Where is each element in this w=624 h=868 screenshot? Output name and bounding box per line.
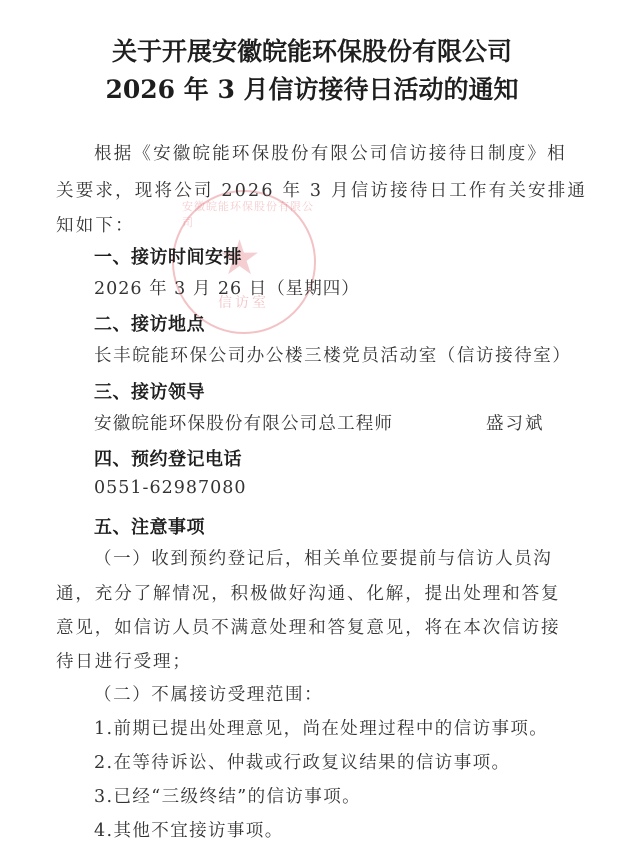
note-1-line-3: 意见，如信访人员不满意处理和答复意见，将在本次信访接 (56, 614, 560, 639)
intro-line-1: 根据《安徽皖能环保股份有限公司信访接待日制度》相 (94, 140, 567, 165)
exclusion-item-2: 2.在等待诉讼、仲裁或行政复议结果的信访事项。 (94, 749, 510, 774)
exclusion-item-3: 3.已经“三级终结”的信访事项。 (94, 783, 361, 808)
seal-ring-text: 安徽皖能环保股份有限公司 (182, 198, 314, 230)
intro-line-2: 关要求，现将公司 2026 年 3 月信访接待日工作有关安排通 (56, 177, 587, 202)
exclusion-item-4: 4.其他不宜接访事项。 (94, 817, 284, 842)
section-3-heading: 三、接访领导 (94, 378, 205, 404)
section-5-heading: 五、注意事项 (94, 513, 205, 539)
note-1-line-4: 待日进行受理； (56, 648, 192, 673)
note-1-line-1: （一）收到预约登记后，相关单位要提前与信访人员沟 (94, 545, 552, 570)
phone-number: 0551-62987080 (94, 478, 247, 498)
intro-line-3: 知如下： (56, 212, 135, 237)
leader-name: 盛习斌 (486, 410, 545, 435)
visit-date: 2026 年 3 月 26 日（星期四） (94, 275, 360, 300)
section-4-heading: 四、预约登记电话 (94, 445, 242, 471)
document-title-line1: 关于开展安徽皖能环保股份有限公司 (0, 32, 624, 68)
section-2-heading: 二、接访地点 (94, 310, 205, 336)
note-2-title: （二）不属接访受理范围： (94, 681, 323, 706)
visit-location: 长丰皖能环保公司办公楼三楼党员活动室（信访接待室） (94, 342, 572, 367)
exclusion-item-1: 1.前期已提出处理意见，尚在处理过程中的信访事项。 (94, 715, 548, 740)
leader-title: 安徽皖能环保股份有限公司总工程师 (94, 410, 393, 435)
note-1-line-2: 通，充分了解情况，积极做好沟通、化解，提出处理和答复 (56, 580, 560, 605)
section-1-heading: 一、接访时间安排 (94, 243, 242, 269)
document-title-line2: 2026 年 3 月信访接待日活动的通知 (0, 70, 624, 106)
